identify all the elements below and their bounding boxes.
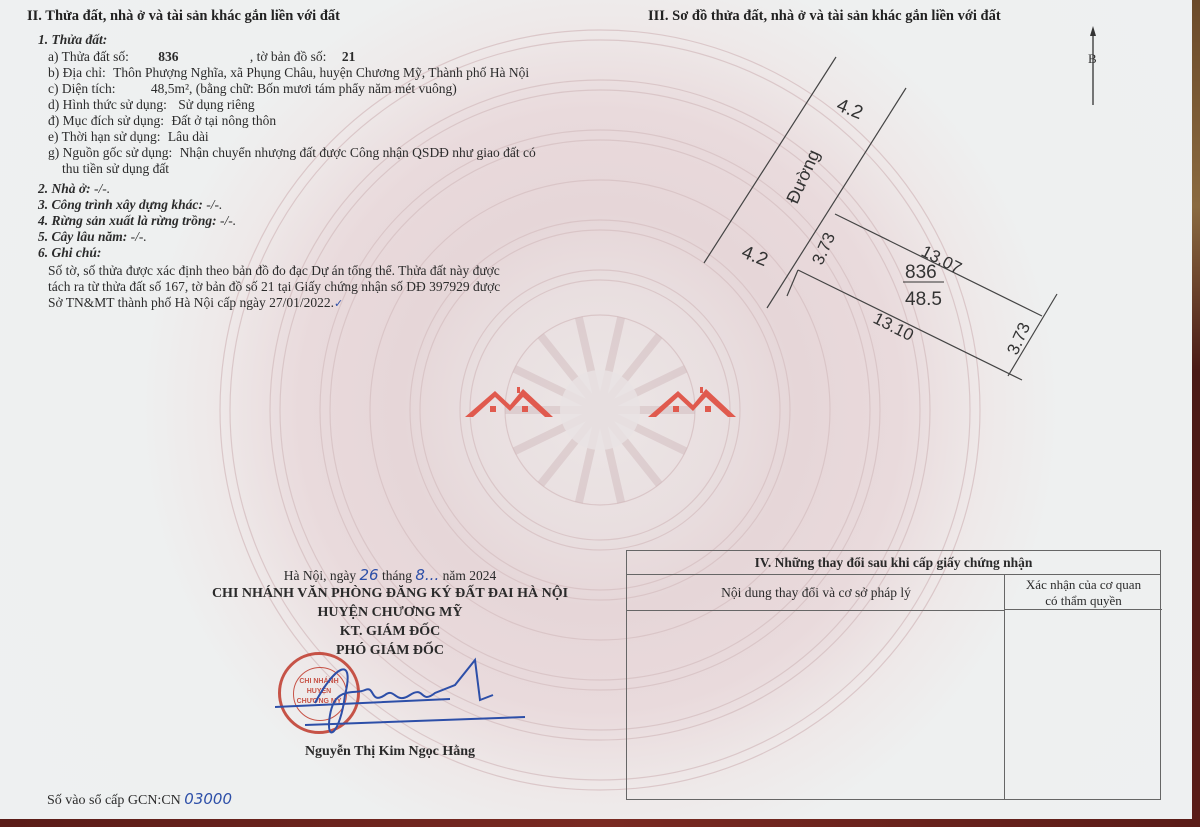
parcel-number-label: 836	[905, 262, 937, 283]
column-header-changes: Nội dung thay đổi và cơ sở pháp lý	[627, 575, 1005, 611]
road-width-bottom: 4.2	[738, 242, 770, 271]
road-width-top: 4.2	[833, 95, 865, 124]
signer-authority: KT. GIÁM ĐỐC	[190, 622, 590, 641]
land-certificate-page: II. Thửa đất, nhà ở và tài sản khác gắn …	[0, 0, 1192, 819]
edge-bottom-length: 13.10	[870, 309, 917, 345]
registry-number: 03000	[184, 790, 232, 808]
issue-year: năm 2024	[443, 568, 497, 583]
issue-month: 8...	[415, 566, 439, 584]
edge-back-length: 3.73	[1003, 320, 1034, 358]
north-label: B	[1088, 51, 1097, 66]
date-prefix: Hà Nội, ngày	[284, 568, 356, 583]
column-header-line: Xác nhận của cơ quan	[1005, 577, 1162, 593]
handwritten-signature-icon	[275, 655, 530, 745]
issue-date: Hà Nội, ngày 26 tháng 8... năm 2024	[190, 566, 590, 584]
house-logo-watermark-icon	[648, 385, 738, 420]
issuing-office: CHI NHÁNH VĂN PHÒNG ĐĂNG KÝ ĐẤT ĐAI HÀ N…	[190, 584, 590, 603]
registry-label: Số vào sổ cấp GCN:CN	[47, 793, 181, 808]
registry-row: Số vào sổ cấp GCN:CN 03000	[47, 790, 232, 809]
changes-table: IV. Những thay đổi sau khi cấp giấy chứn…	[626, 550, 1161, 800]
issue-day: 26	[360, 566, 379, 584]
signer-name: Nguyễn Thị Kim Ngọc Hằng	[190, 744, 590, 760]
column-header-line: có thẩm quyền	[1005, 593, 1162, 609]
parcel-area-label: 48.5	[905, 289, 942, 310]
house-logo-watermark-icon	[465, 385, 555, 420]
background-edge	[1192, 0, 1200, 827]
column-divider	[1004, 575, 1005, 800]
signature-block: Hà Nội, ngày 26 tháng 8... năm 2024 CHI …	[190, 566, 590, 660]
background-edge	[0, 819, 1200, 827]
column-header-confirmation: Xác nhận của cơ quan có thẩm quyền	[1005, 575, 1162, 610]
section-4-title: IV. Những thay đổi sau khi cấp giấy chứn…	[627, 551, 1160, 575]
issuing-district: HUYỆN CHƯƠNG MỸ	[190, 603, 590, 622]
month-label: tháng	[382, 568, 412, 583]
road-label: Đường	[782, 147, 823, 207]
